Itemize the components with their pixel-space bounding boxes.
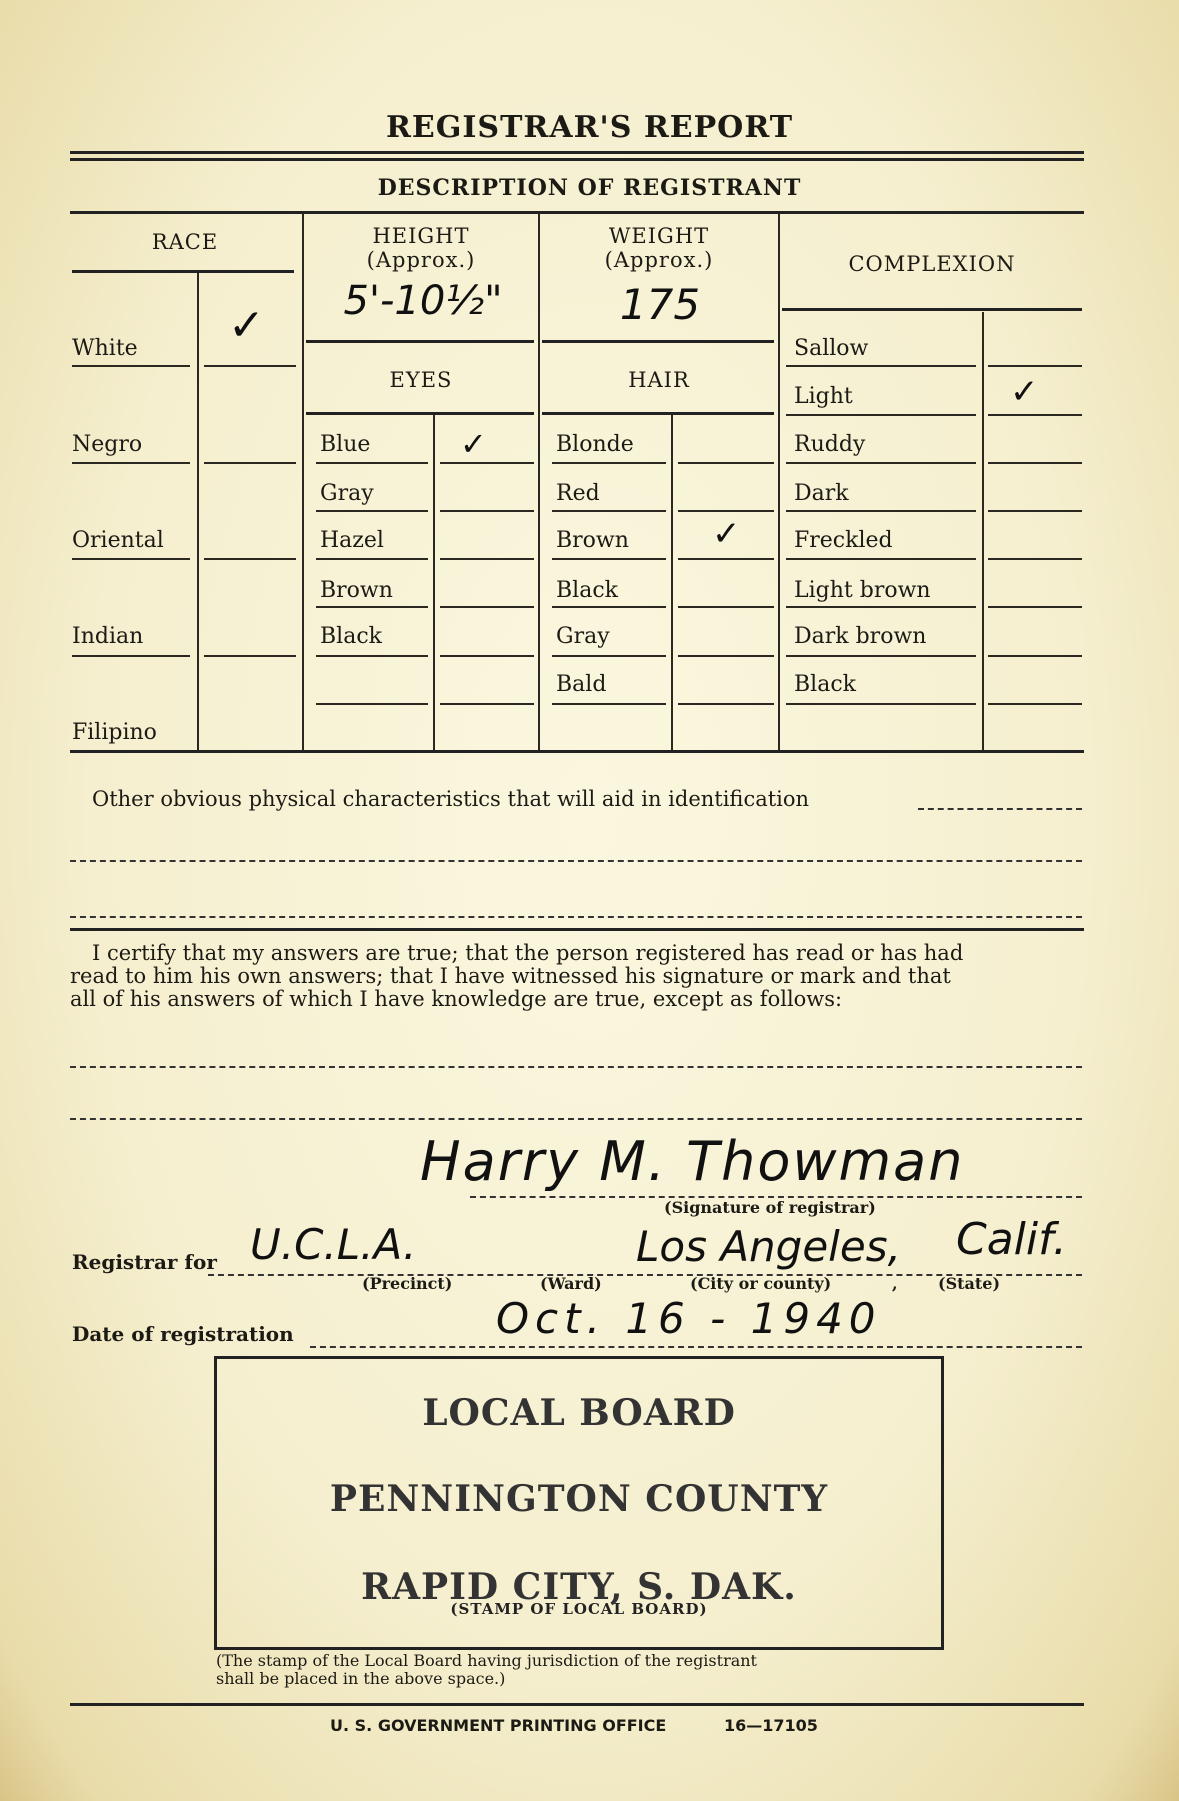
hair-check-rule bbox=[678, 655, 774, 657]
header-height-sub: (Approx.) bbox=[304, 248, 538, 272]
eyes-row-rule bbox=[316, 606, 428, 608]
other-characteristics-line-2[interactable] bbox=[70, 860, 1082, 862]
hair-header-rule bbox=[542, 412, 774, 415]
other-characteristics-line-3[interactable] bbox=[70, 916, 1082, 918]
certification-line-1: I certify that my answers are true; that… bbox=[70, 942, 1090, 965]
complexion-check-rule bbox=[988, 462, 1082, 464]
hair-check-rule bbox=[678, 606, 774, 608]
eyes-hazel-label: Hazel bbox=[320, 528, 384, 553]
precinct-caption: (Precinct) bbox=[362, 1274, 452, 1293]
eyes-check-rule bbox=[440, 655, 534, 657]
complexion-check-rule bbox=[988, 655, 1082, 657]
date-of-registration-value[interactable]: Oct. 16 - 1940 bbox=[496, 1294, 882, 1343]
form-number: 16—17105 bbox=[724, 1716, 818, 1735]
other-characteristics-label: Other obvious physical characteristics t… bbox=[92, 788, 809, 811]
complexion-freckled-label: Freckled bbox=[794, 528, 893, 553]
eyes-check-rule bbox=[440, 510, 534, 512]
complexion-sallow-label: Sallow bbox=[794, 336, 868, 361]
precinct-value[interactable]: U.C.L.A. bbox=[250, 1220, 416, 1269]
eyes-row-rule bbox=[316, 655, 428, 657]
registrar-for-label: Registrar for bbox=[72, 1250, 217, 1274]
complexion-row-rule bbox=[786, 606, 976, 608]
complexion-ruddy-label: Ruddy bbox=[794, 432, 865, 457]
hair-check-rule bbox=[678, 558, 774, 560]
hair-row-rule bbox=[552, 558, 666, 560]
divider-eyes-check bbox=[433, 415, 435, 750]
hair-black-label: Black bbox=[556, 578, 618, 603]
race-white-check-rule bbox=[204, 365, 296, 367]
complexion-check-rule bbox=[988, 365, 1082, 367]
stamp-note-line-2: shall be placed in the above space.) bbox=[216, 1670, 757, 1688]
stamp-caption: (STAMP OF LOCAL BOARD) bbox=[214, 1600, 944, 1618]
header-weight-label: WEIGHT bbox=[540, 224, 778, 248]
complexion-row-rule bbox=[786, 558, 976, 560]
hair-row-rule bbox=[552, 462, 666, 464]
race-white-label: White bbox=[72, 336, 138, 361]
footer-rule bbox=[70, 1703, 1084, 1706]
eyes-row-rule bbox=[316, 703, 428, 705]
signature-caption: (Signature of registrar) bbox=[664, 1198, 876, 1217]
certification-line-2: read to him his own answers; that I have… bbox=[70, 965, 1090, 988]
certification-text: I certify that my answers are true; that… bbox=[70, 942, 1090, 1011]
hair-check-rule bbox=[678, 510, 774, 512]
complexion-check-rule bbox=[988, 703, 1082, 705]
complexion-dark-brown-label: Dark brown bbox=[794, 624, 926, 649]
registrar-signature[interactable]: Harry M. Thowman bbox=[420, 1130, 964, 1193]
exceptions-line-1[interactable] bbox=[70, 1066, 1082, 1068]
complexion-light-label: Light bbox=[794, 384, 853, 409]
complexion-light-brown-label: Light brown bbox=[794, 578, 931, 603]
divider-race-check bbox=[197, 272, 199, 750]
height-value[interactable]: 5'-10½" bbox=[318, 278, 528, 324]
eyes-header-rule bbox=[306, 412, 534, 415]
eyes-row-rule bbox=[316, 558, 428, 560]
complexion-row-rule bbox=[786, 510, 976, 512]
page-title: REGISTRAR'S REPORT bbox=[0, 110, 1179, 145]
race-white-checkbox[interactable]: ✓ bbox=[228, 300, 265, 351]
weight-rule bbox=[542, 340, 774, 343]
exceptions-line-2[interactable] bbox=[70, 1118, 1082, 1120]
header-height-label: HEIGHT bbox=[304, 224, 538, 248]
hair-bald-label: Bald bbox=[556, 672, 606, 697]
complexion-check-rule bbox=[988, 414, 1082, 416]
race-oriental-label: Oriental bbox=[72, 528, 164, 553]
eyes-check-rule bbox=[440, 462, 534, 464]
state-caption: (State) bbox=[938, 1274, 1000, 1293]
race-negro-check-rule[interactable] bbox=[204, 462, 296, 464]
title-double-rule bbox=[70, 151, 1084, 161]
hair-row-rule bbox=[552, 510, 666, 512]
complexion-light-checkbox[interactable]: ✓ bbox=[1010, 372, 1039, 412]
certification-line-3: all of his answers of which I have knowl… bbox=[70, 988, 1090, 1011]
table-bottom-rule bbox=[70, 750, 1084, 753]
complexion-row-rule bbox=[786, 655, 976, 657]
header-height: HEIGHT (Approx.) bbox=[304, 224, 538, 272]
eyes-check-rule bbox=[440, 558, 534, 560]
state-value[interactable]: Calif. bbox=[956, 1214, 1067, 1265]
complexion-row-rule bbox=[786, 703, 976, 705]
divider-complexion-check bbox=[982, 312, 984, 750]
hair-blonde-label: Blonde bbox=[556, 432, 634, 457]
hair-check-rule bbox=[678, 462, 774, 464]
eyes-gray-label: Gray bbox=[320, 481, 374, 506]
complexion-dark-label: Dark bbox=[794, 481, 849, 506]
hair-row-rule bbox=[552, 703, 666, 705]
hair-brown-checkbox[interactable]: ✓ bbox=[712, 514, 741, 554]
race-indian-label: Indian bbox=[72, 624, 143, 649]
eyes-check-rule bbox=[440, 703, 534, 705]
stamp-note-line-1: (The stamp of the Local Board having jur… bbox=[216, 1652, 757, 1670]
hair-row-rule bbox=[552, 655, 666, 657]
header-hair: HAIR bbox=[540, 368, 778, 392]
stamp-line-1: LOCAL BOARD bbox=[214, 1392, 944, 1434]
complexion-header-rule bbox=[782, 308, 1082, 311]
eyes-brown-label: Brown bbox=[320, 578, 393, 603]
city-caption: (City or county) bbox=[690, 1274, 831, 1293]
section-rule bbox=[70, 928, 1084, 931]
hair-gray-label: Gray bbox=[556, 624, 610, 649]
hair-red-label: Red bbox=[556, 481, 600, 506]
race-oriental-rule bbox=[72, 558, 190, 560]
hair-row-rule bbox=[552, 606, 666, 608]
complexion-black-label: Black bbox=[794, 672, 856, 697]
divider-race-height bbox=[302, 213, 304, 750]
race-indian-check-rule[interactable] bbox=[204, 655, 296, 657]
race-oriental-check-rule[interactable] bbox=[204, 558, 296, 560]
complexion-check-rule bbox=[988, 606, 1082, 608]
date-of-registration-line bbox=[310, 1346, 1082, 1348]
ward-caption: (Ward) bbox=[540, 1274, 602, 1293]
complexion-check-rule bbox=[988, 510, 1082, 512]
race-header-rule bbox=[72, 270, 294, 273]
divider-weight-complexion bbox=[778, 213, 780, 750]
eyes-row-rule bbox=[316, 462, 428, 464]
eyes-check-rule bbox=[440, 606, 534, 608]
complexion-row-rule bbox=[786, 365, 976, 367]
section-subtitle: DESCRIPTION OF REGISTRANT bbox=[0, 175, 1179, 201]
other-characteristics-field[interactable] bbox=[918, 808, 1082, 810]
city-value[interactable]: Los Angeles, bbox=[636, 1222, 901, 1271]
hair-check-rule bbox=[678, 703, 774, 705]
eyes-row-rule bbox=[316, 510, 428, 512]
header-race: RACE bbox=[70, 230, 300, 254]
header-weight: WEIGHT (Approx.) bbox=[540, 224, 778, 272]
race-indian-rule bbox=[72, 655, 190, 657]
header-weight-sub: (Approx.) bbox=[540, 248, 778, 272]
header-complexion: COMPLEXION bbox=[780, 252, 1084, 276]
divider-height-weight bbox=[538, 213, 540, 750]
complexion-row-rule bbox=[786, 462, 976, 464]
stamp-line-2: PENNINGTON COUNTY bbox=[214, 1478, 944, 1520]
complexion-check-rule bbox=[988, 558, 1082, 560]
height-rule bbox=[306, 340, 534, 343]
race-white-rule bbox=[72, 365, 190, 367]
printer-credit: U. S. GOVERNMENT PRINTING OFFICE bbox=[330, 1716, 666, 1735]
table-top-rule bbox=[70, 211, 1084, 214]
hair-brown-label: Brown bbox=[556, 528, 629, 553]
date-of-registration-label: Date of registration bbox=[72, 1322, 294, 1346]
eyes-blue-checkbox[interactable]: ✓ bbox=[460, 425, 487, 463]
race-negro-rule bbox=[72, 462, 190, 464]
complexion-row-rule bbox=[786, 414, 976, 416]
race-filipino-label: Filipino bbox=[72, 720, 157, 745]
eyes-black-label: Black bbox=[320, 624, 382, 649]
weight-value[interactable]: 175 bbox=[560, 280, 760, 329]
eyes-blue-label: Blue bbox=[320, 432, 370, 457]
stamp-note: (The stamp of the Local Board having jur… bbox=[216, 1652, 757, 1688]
race-negro-label: Negro bbox=[72, 432, 142, 457]
header-eyes: EYES bbox=[304, 368, 538, 392]
divider-hair-check bbox=[671, 415, 673, 750]
comma-separator: , bbox=[892, 1274, 898, 1293]
